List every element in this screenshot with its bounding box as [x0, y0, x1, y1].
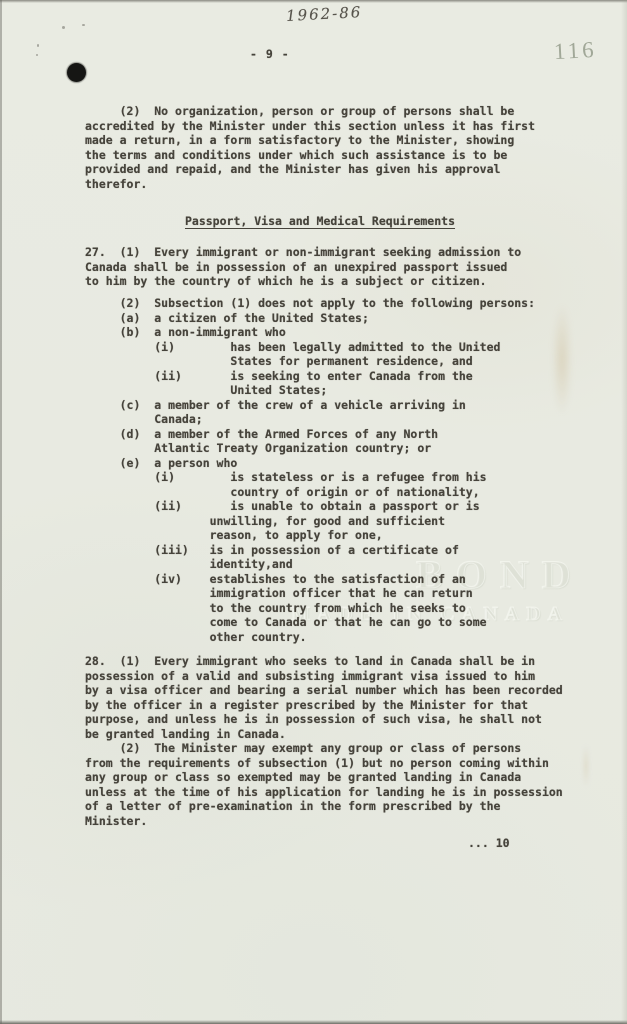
- pencil-speck: [36, 54, 38, 56]
- text-line: by the officer in a register prescribed …: [85, 698, 563, 713]
- text-line: (iv) establishes to the satisfaction of …: [85, 572, 535, 587]
- text-line: by a visa officer and bearing a serial n…: [85, 683, 563, 698]
- text-line: country of origin or of nationality,: [85, 485, 535, 500]
- text-line: (2) No organization, person or group of …: [85, 104, 535, 119]
- text-line: Minister.: [85, 814, 563, 829]
- text-line: (i) is stateless or is a refugee from hi…: [85, 470, 535, 485]
- text-line: unwilling, for good and sufficient: [85, 514, 535, 529]
- paragraph-26-2: (2) No organization, person or group of …: [85, 104, 535, 191]
- list-27-2: (2) Subsection (1) does not apply to the…: [85, 296, 535, 644]
- pencil-speck: [62, 26, 65, 29]
- text-line: Atlantic Treaty Organization country; or: [85, 441, 535, 456]
- paragraph-27-1: 27. (1) Every immigrant or non-immigrant…: [85, 245, 521, 289]
- text-line: United States;: [85, 383, 535, 398]
- scan-edge-top: [0, 0, 627, 3]
- text-line: from the requirements of subsection (1) …: [85, 756, 563, 771]
- page-number: - 9 -: [250, 47, 290, 62]
- text-line: immigration officer that he can return: [85, 586, 535, 601]
- text-line: identity,and: [85, 557, 535, 572]
- text-line: (a) a citizen of the United States;: [85, 311, 535, 326]
- text-line: (2) The Minister may exempt any group or…: [85, 741, 563, 756]
- text-line: to the country from which he seeks to: [85, 601, 535, 616]
- text-line: (d) a member of the Armed Forces of any …: [85, 427, 535, 442]
- text-line: Canada shall be in possession of an unex…: [85, 260, 521, 275]
- text-line: therefor.: [85, 177, 535, 192]
- continuation-marker: ... 10: [468, 836, 510, 851]
- text-line: the terms and conditions under which suc…: [85, 148, 535, 163]
- text-line: unless at the time of his application fo…: [85, 785, 563, 800]
- text-line: be granted landing in Canada.: [85, 727, 563, 742]
- text-line: 27. (1) Every immigrant or non-immigrant…: [85, 245, 521, 260]
- pencil-speck: [82, 24, 85, 26]
- text-line: reason, to apply for one,: [85, 528, 535, 543]
- text-line: other country.: [85, 630, 535, 645]
- text-line: States for permanent residence, and: [85, 354, 535, 369]
- hole-punch-mark: [67, 63, 86, 82]
- text-line: of a letter of pre-examination in the fo…: [85, 799, 563, 814]
- text-line: to him by the country of which he is a s…: [85, 274, 521, 289]
- text-line: (b) a non-immigrant who: [85, 325, 535, 340]
- scan-edge-bottom: [0, 1020, 627, 1024]
- text-line: (i) has been legally admitted to the Uni…: [85, 340, 535, 355]
- text-line: (ii) is unable to obtain a passport or i…: [85, 499, 535, 514]
- text-line: Canada;: [85, 412, 535, 427]
- text-line: (c) a member of the crew of a vehicle ar…: [85, 398, 535, 413]
- pencil-speck: [37, 44, 39, 47]
- paper-stain-small: [582, 735, 590, 797]
- paragraph-28: 28. (1) Every immigrant who seeks to lan…: [85, 654, 563, 828]
- text-line: provided and repaid, and the Minister ha…: [85, 162, 535, 177]
- text-line: (2) Subsection (1) does not apply to the…: [85, 296, 535, 311]
- scan-edge-left: [0, 0, 2, 1024]
- scanned-document-page: BOND MADE IN CANADA 1962-86 - 9 - 116 (2…: [0, 0, 627, 1024]
- text-line: 28. (1) Every immigrant who seeks to lan…: [85, 654, 563, 669]
- handwritten-note: 1962-86: [286, 3, 363, 25]
- text-line: (e) a person who: [85, 456, 535, 471]
- text-line: come to Canada or that he can go to some: [85, 615, 535, 630]
- paper-stain-streak: [548, 282, 576, 437]
- text-line: (iii) is in possession of a certificate …: [85, 543, 535, 558]
- scan-edge-right: [621, 0, 627, 1024]
- stamp-number: 116: [553, 37, 597, 65]
- text-line: purpose, and unless he is in possession …: [85, 712, 563, 727]
- text-line: made a return, in a form satisfactory to…: [85, 133, 535, 148]
- text-line: accredited by the Minister under this se…: [85, 119, 535, 134]
- section-heading: Passport, Visa and Medical Requirements: [85, 214, 555, 229]
- text-line: possession of a valid and subsisting imm…: [85, 669, 563, 684]
- text-line: (ii) is seeking to enter Canada from the: [85, 369, 535, 384]
- text-line: any group or class so exempted may be gr…: [85, 770, 563, 785]
